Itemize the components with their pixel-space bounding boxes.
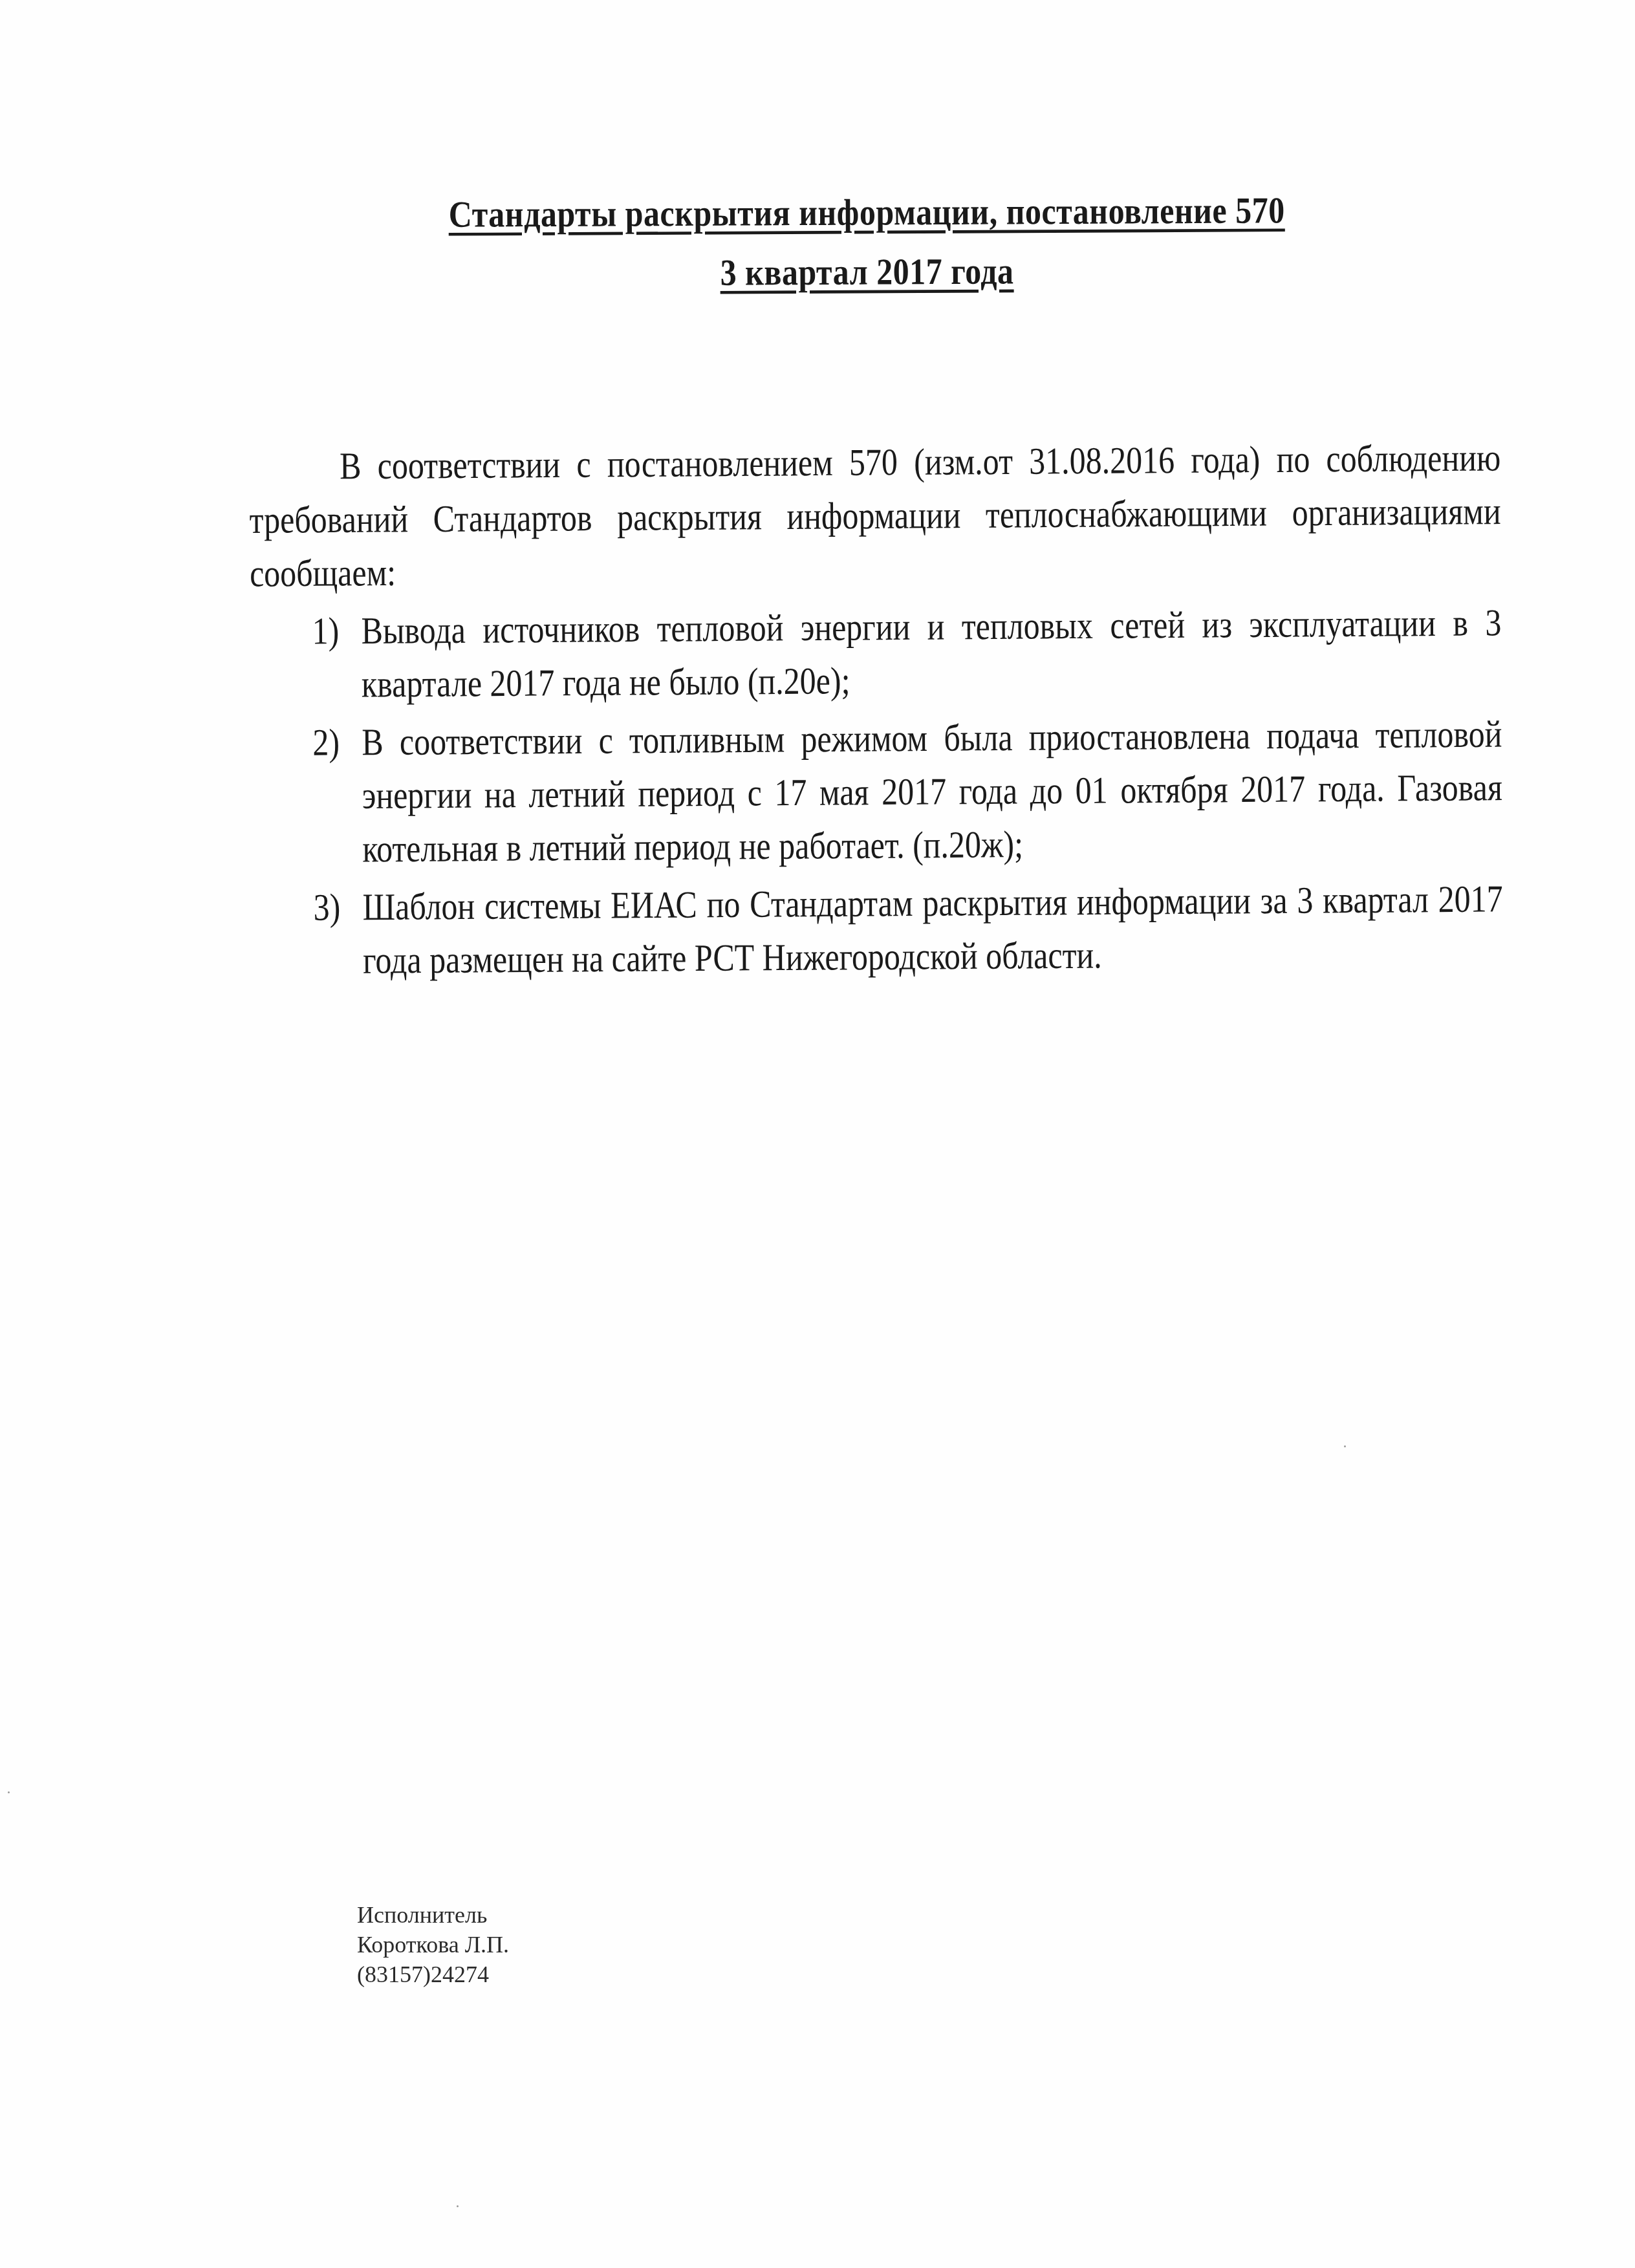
document-title: Стандарты раскрытия информации, постанов… bbox=[362, 180, 1372, 304]
document-body: В соответствии с постановлением 570 (изм… bbox=[249, 431, 1503, 988]
title-line-2: 3 квартал 2017 года bbox=[720, 241, 1013, 302]
executor-label: Исполнитель bbox=[357, 1900, 509, 1930]
scan-speck bbox=[1344, 1445, 1346, 1447]
numbered-list: 1) Вывода источников тепловой энергии и … bbox=[250, 596, 1503, 988]
executor-phone: (83157)24274 bbox=[357, 1960, 509, 1989]
document-page: Стандарты раскрытия информации, постанов… bbox=[0, 0, 1635, 2268]
title-line-1: Стандарты раскрытия информации, постанов… bbox=[448, 180, 1284, 244]
list-item: 3) Шаблон системы ЕИАС по Стандартам рас… bbox=[252, 872, 1504, 988]
list-item-text: В соответствии с топливным режимом была … bbox=[362, 712, 1502, 870]
list-item: 1) Вывода источников тепловой энергии и … bbox=[250, 596, 1502, 711]
list-item-text: Вывода источников тепловой энергии и теп… bbox=[361, 601, 1501, 705]
executor-block: Исполнитель Короткова Л.П. (83157)24274 bbox=[357, 1900, 509, 1989]
scan-speck bbox=[457, 2205, 459, 2207]
intro-paragraph: В соответствии с постановлением 570 (изм… bbox=[249, 431, 1501, 600]
list-item: 2) В соответствии с топливным режимом бы… bbox=[250, 707, 1502, 876]
executor-name: Короткова Л.П. bbox=[357, 1930, 509, 1960]
scan-speck bbox=[8, 1791, 10, 1793]
list-item-text: Шаблон системы ЕИАС по Стандартам раскры… bbox=[363, 877, 1503, 981]
list-item-number: 2) bbox=[312, 715, 340, 769]
list-item-number: 3) bbox=[314, 880, 341, 934]
list-item-number: 1) bbox=[312, 604, 339, 658]
